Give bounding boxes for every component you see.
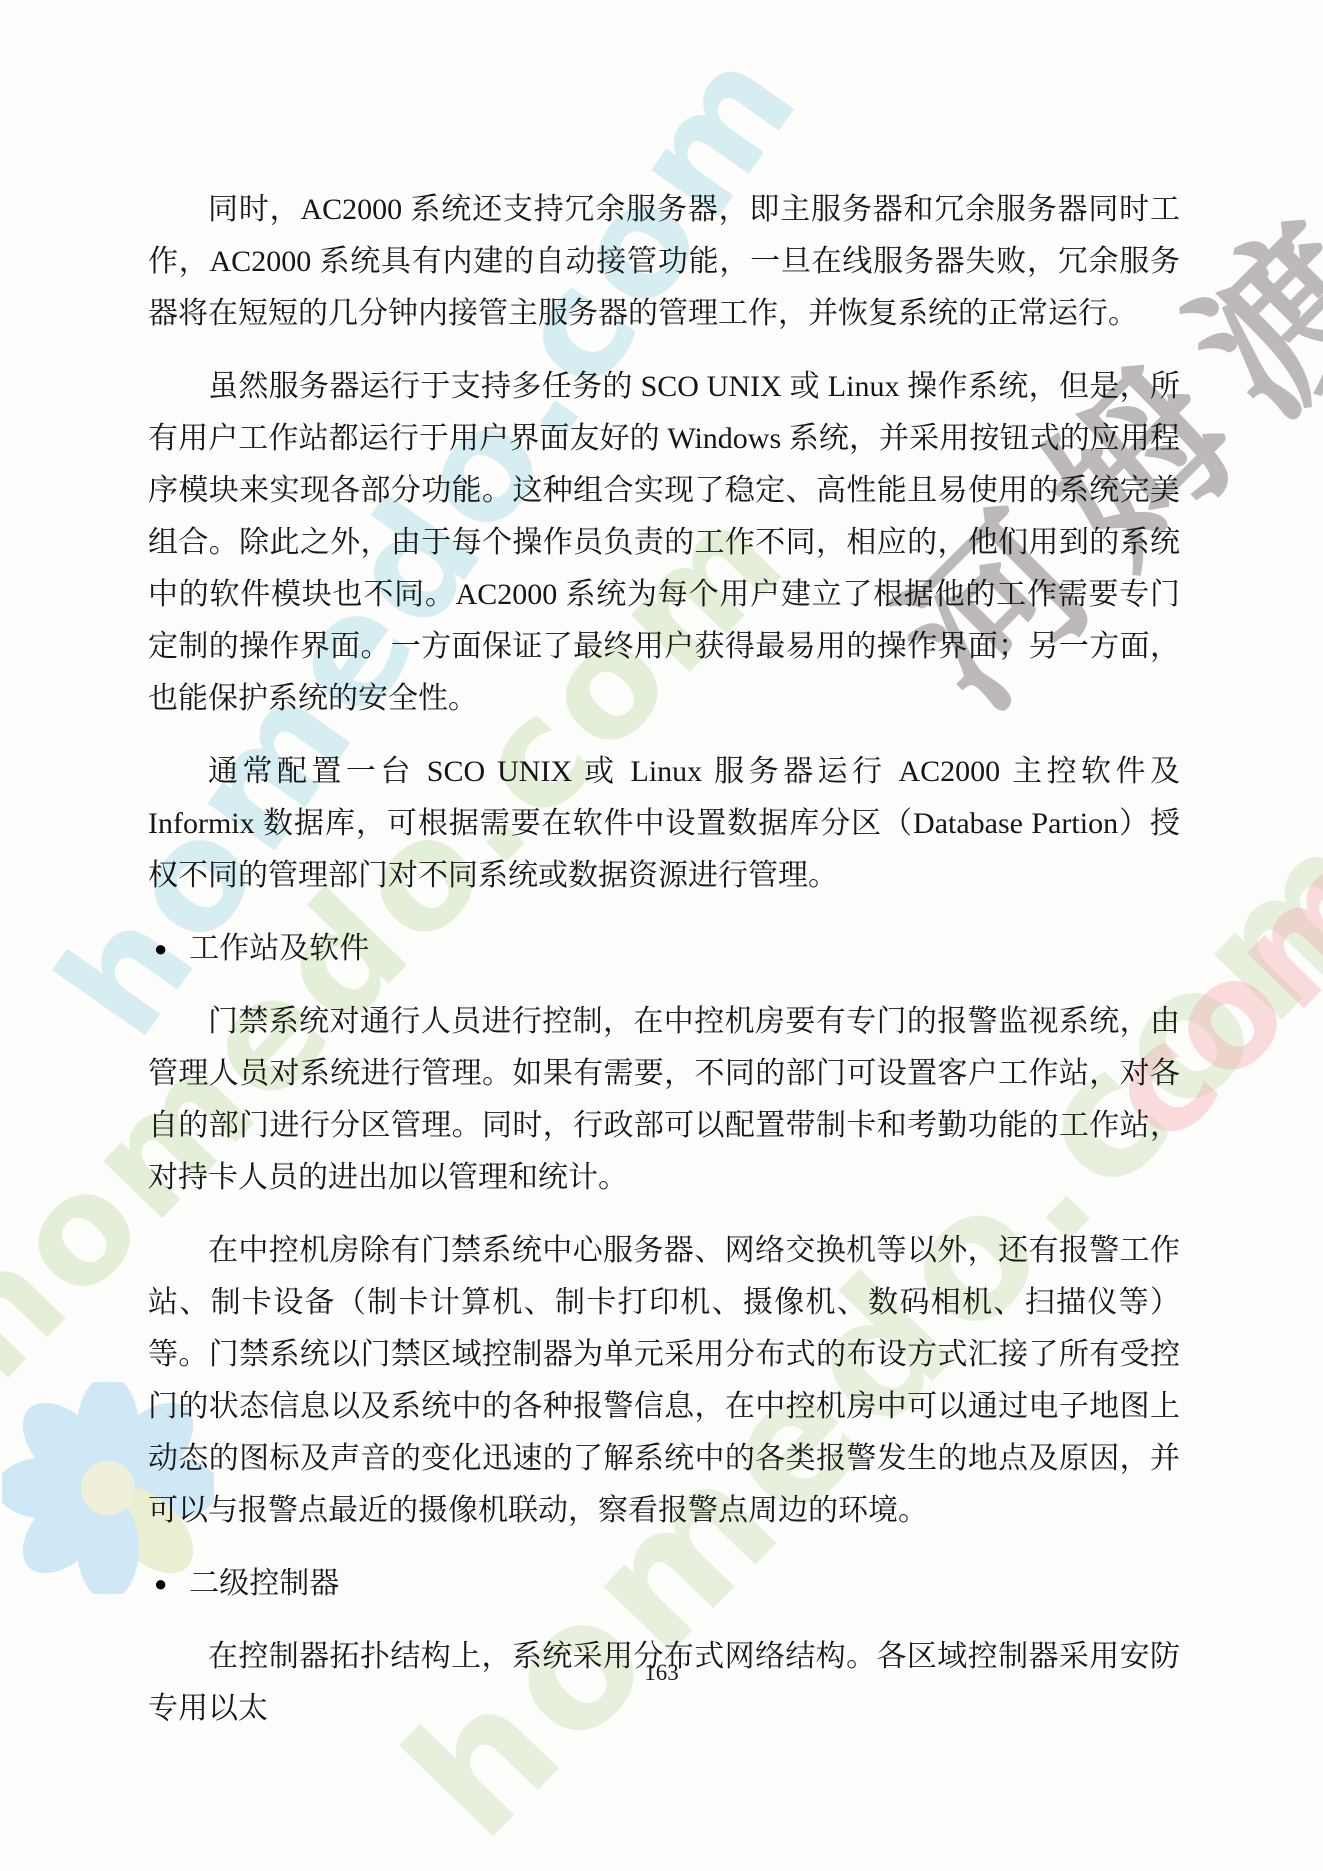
document-page: homedo.com homedo.com homedo.com com 河姆渡… <box>0 0 1323 1871</box>
document-content: 同时，AC2000 系统还支持冗余服务器，即主服务器和冗余服务器同时工作，AC2… <box>148 184 1180 1756</box>
page-number: 163 <box>0 1660 1323 1686</box>
paragraph: 门禁系统对通行人员进行控制，在中控机房要有专门的报警监视系统，由管理人员对系统进… <box>148 996 1180 1204</box>
bullet-item: ● 工作站及软件 <box>148 923 1180 975</box>
paragraph: 虽然服务器运行于支持多任务的 SCO UNIX 或 Linux 操作系统，但是，… <box>148 361 1180 725</box>
bullet-icon: ● <box>154 1558 167 1610</box>
bullet-label: 工作站及软件 <box>189 923 369 975</box>
paragraph: 在中控机房除有门禁系统中心服务器、网络交换机等以外，还有报警工作站、制卡设备（制… <box>148 1225 1180 1537</box>
paragraph: 通常配置一台 SCO UNIX 或 Linux 服务器运行 AC2000 主控软… <box>148 746 1180 902</box>
bullet-item: ● 二级控制器 <box>148 1558 1180 1610</box>
bullet-icon: ● <box>154 923 167 975</box>
paragraph: 同时，AC2000 系统还支持冗余服务器，即主服务器和冗余服务器同时工作，AC2… <box>148 184 1180 340</box>
bullet-label: 二级控制器 <box>189 1558 339 1610</box>
